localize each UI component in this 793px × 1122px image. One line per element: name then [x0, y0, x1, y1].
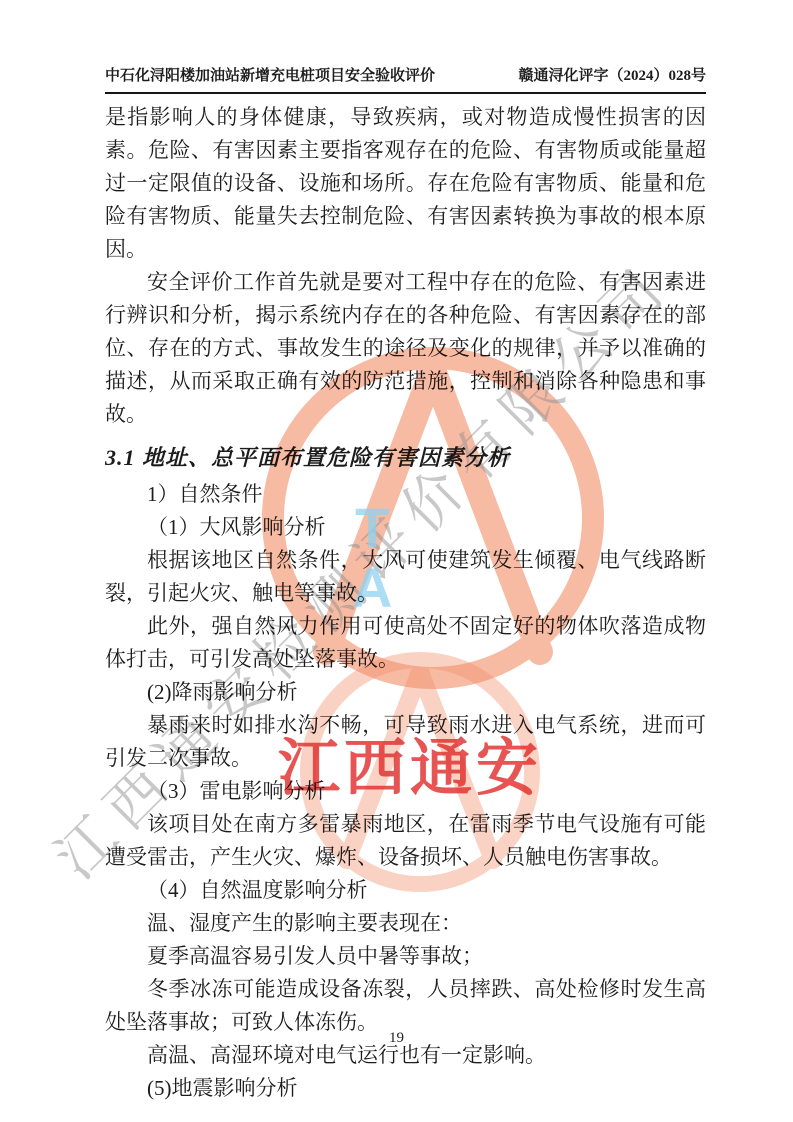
paragraph: 该项目处在南方多雷暴雨地区，在雷雨季节电气设施有可能遭受雷击，产生火灾、爆炸、设… — [105, 808, 706, 874]
list-item-rain-analysis: (2)降雨影响分析 — [105, 676, 706, 709]
list-item-wind-analysis: （1）大风影响分析 — [105, 511, 706, 544]
header-project-title: 中石化浔阳楼加油站新增充电桩项目安全验收评价 — [105, 64, 435, 85]
body-text: 是指影响人的身体健康，导致疾病，或对物造成慢性损害的因素。危险、有害因素主要指客… — [105, 101, 706, 1105]
section-heading: 3.1 地址、总平面布置危险有害因素分析 — [105, 441, 706, 474]
paragraph: 夏季高温容易引发人员中暑等事故； — [105, 940, 706, 973]
report-page: 中石化浔阳楼加油站新增充电桩项目安全验收评价 赣通浔化评字（2024）028号 … — [0, 0, 793, 1122]
header-doc-number: 赣通浔化评字（2024）028号 — [518, 64, 706, 85]
list-item-natural-conditions: 1）自然条件 — [105, 478, 706, 511]
paragraph: 安全评价工作首先就是要对工程中存在的危险、有害因素进行辨识和分析，揭示系统内存在… — [105, 266, 706, 431]
page-number: 19 — [0, 1030, 793, 1047]
page-header: 中石化浔阳楼加油站新增充电桩项目安全验收评价 赣通浔化评字（2024）028号 — [105, 64, 706, 94]
paragraph: 是指影响人的身体健康，导致疾病，或对物造成慢性损害的因素。危险、有害因素主要指客… — [105, 101, 706, 266]
list-item-temperature-analysis: （4）自然温度影响分析 — [105, 874, 706, 907]
list-item-earthquake-analysis: (5)地震影响分析 — [105, 1072, 706, 1105]
paragraph: 暴雨来时如排水沟不畅，可导致雨水进入电气系统，进而可引发二次事故。 — [105, 709, 706, 775]
page-content: 中石化浔阳楼加油站新增充电桩项目安全验收评价 赣通浔化评字（2024）028号 … — [105, 64, 706, 1105]
paragraph: 此外，强自然风力作用可使高处不固定好的物体吹落造成物体打击，可引发高处坠落事故。 — [105, 610, 706, 676]
paragraph: 根据该地区自然条件，大风可使建筑发生倾覆、电气线路断裂，引起火灾、触电等事故。 — [105, 544, 706, 610]
list-item-lightning-analysis: （3）雷电影响分析 — [105, 775, 706, 808]
paragraph: 温、湿度产生的影响主要表现在： — [105, 907, 706, 940]
